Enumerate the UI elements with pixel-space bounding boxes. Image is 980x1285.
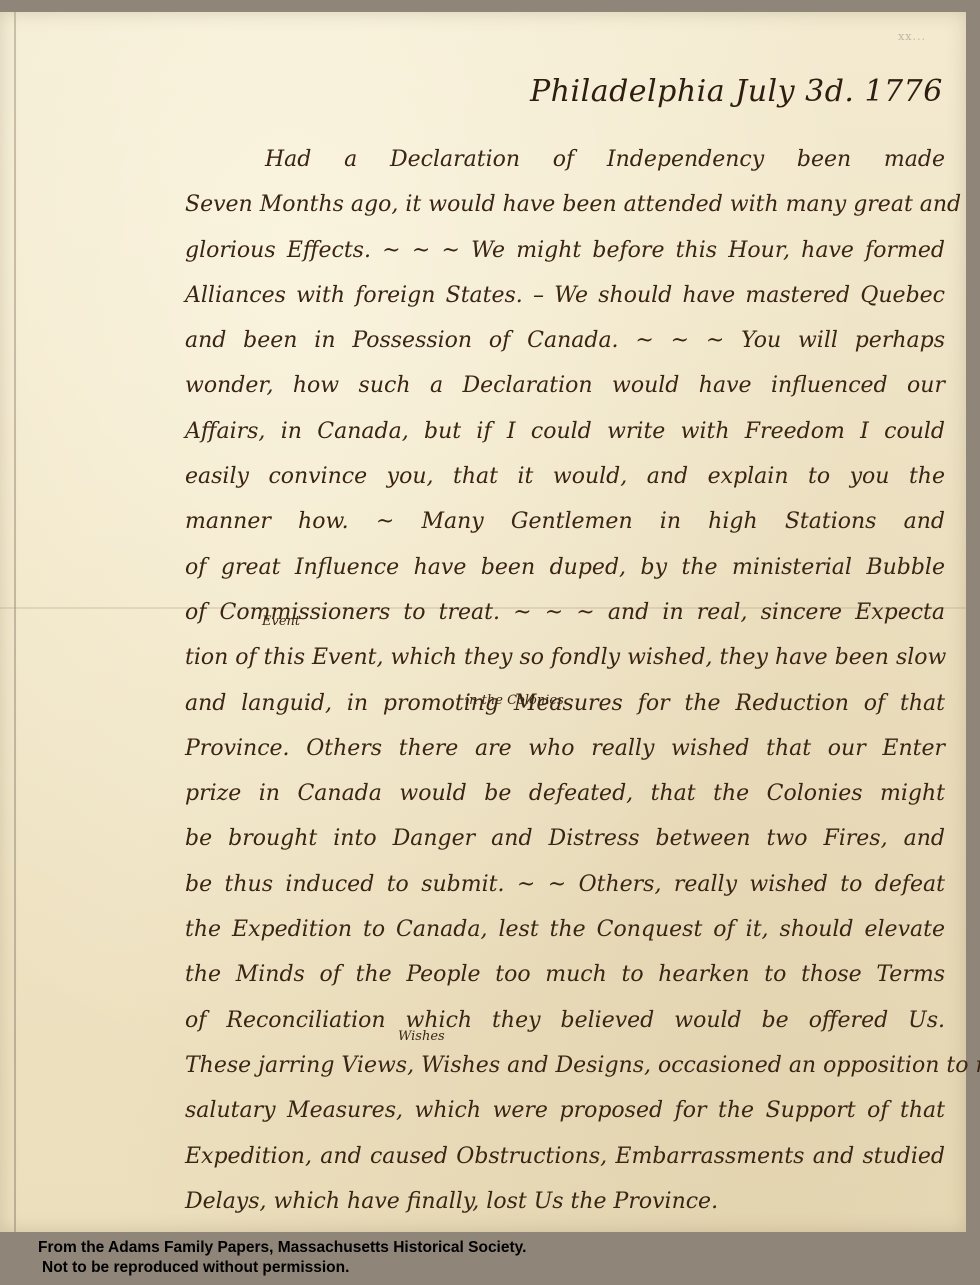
letter-line: be brought into Danger and Distress betw… — [185, 816, 945, 861]
caption-rights: Not to be reproduced without permission. — [38, 1258, 526, 1278]
letter-line: of Reconciliation which they believed wo… — [185, 998, 945, 1043]
interlineation-in-the-colonies: in the Colonies — [465, 694, 564, 707]
dateline: Philadelphia July 3d. 1776 — [530, 74, 943, 109]
letter-line: of great Influence have been duped, by t… — [185, 545, 945, 590]
docket-mark: xx... — [898, 30, 926, 43]
letter-line: Expedition, and caused Obstructions, Emb… — [185, 1134, 945, 1179]
letter-line: wonder, how such a Declaration would hav… — [185, 363, 945, 408]
letter-line: Alliances with foreign States. – We shou… — [185, 273, 945, 318]
letter-line: Seven Months ago, it would have been att… — [185, 182, 945, 227]
interlineation-wishes: Wishes — [398, 1030, 445, 1043]
letter-body: Had a Declaration of Independency been m… — [185, 137, 945, 1224]
archive-caption: From the Adams Family Papers, Massachuse… — [38, 1238, 526, 1278]
letter-line: Affairs, in Canada, but if I could write… — [185, 409, 945, 454]
letter-line: prize in Canada would be defeated, that … — [185, 771, 945, 816]
letter-line: These jarring Views, Wishes and Designs,… — [185, 1043, 945, 1088]
manuscript-page: xx... Philadelphia July 3d. 1776 Had a D… — [0, 12, 966, 1232]
letter-line: Had a Declaration of Independency been m… — [185, 137, 945, 182]
letter-line: and languid, in promoting Measures for t… — [185, 681, 945, 726]
letter-line: manner how. ~ Many Gentlemen in high Sta… — [185, 499, 945, 544]
letter-line: and been in Possession of Canada. ~ ~ ~ … — [185, 318, 945, 363]
letter-line: the Minds of the People too much to hear… — [185, 952, 945, 997]
letter-line: tion of this Event, which they so fondly… — [185, 635, 945, 680]
fold-line-vertical — [14, 12, 16, 1232]
caption-source: From the Adams Family Papers, Massachuse… — [38, 1239, 526, 1256]
letter-line: the Expedition to Canada, lest the Conqu… — [185, 907, 945, 952]
letter-line: salutary Measures, which were proposed f… — [185, 1088, 945, 1133]
letter-line: Province. Others there are who really wi… — [185, 726, 945, 771]
letter-line: easily convince you, that it would, and … — [185, 454, 945, 499]
letter-line: Delays, which have finally, lost Us the … — [185, 1179, 945, 1224]
letter-line: be thus induced to submit. ~ ~ Others, r… — [185, 862, 945, 907]
letter-line: glorious Effects. ~ ~ ~ We might before … — [185, 228, 945, 273]
interlineation-event: Event — [262, 615, 300, 628]
